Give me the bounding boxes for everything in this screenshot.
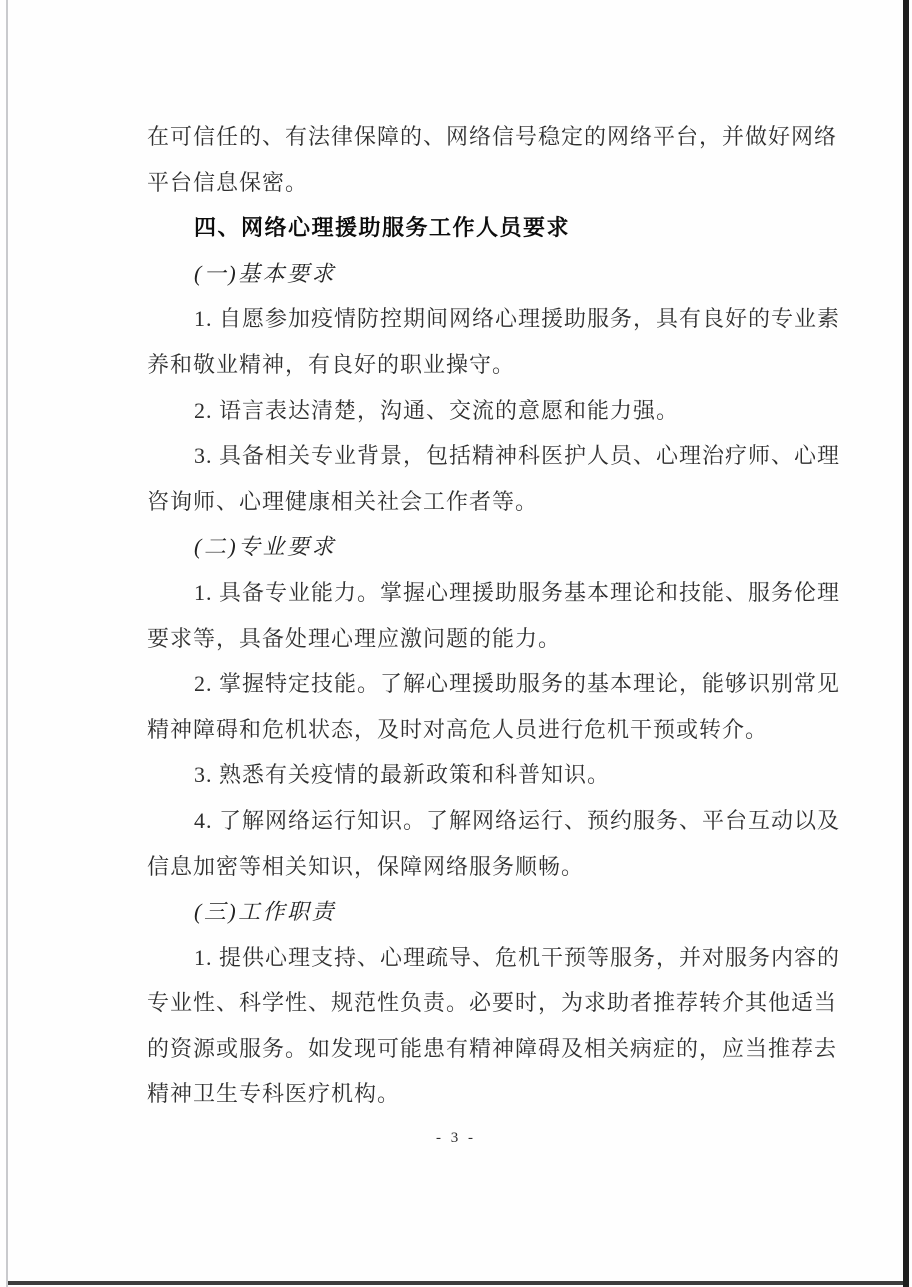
paragraph-line: 精神卫生专科医疗机构。 — [147, 1071, 772, 1117]
page-number: - 3 - — [0, 1130, 912, 1147]
section-heading: 四、网络心理援助服务工作人员要求 — [147, 205, 772, 251]
paragraph-line: 2. 掌握特定技能。了解心理援助服务的基本理论，能够识别常见 — [147, 661, 772, 707]
paragraph-line: 信息加密等相关知识，保障网络服务顺畅。 — [147, 844, 772, 890]
scanned-document-page: 在可信任的、有法律保障的、网络信号稳定的网络平台，并做好网络 平台信息保密。 四… — [0, 0, 912, 1287]
paragraph-line: 在可信任的、有法律保障的、网络信号稳定的网络平台，并做好网络 — [147, 114, 772, 160]
scan-bottom-edge — [8, 1281, 903, 1285]
paragraph-line: 3. 具备相关专业背景，包括精神科医护人员、心理治疗师、心理 — [147, 433, 772, 479]
paragraph-line: 专业性、科学性、规范性负责。必要时，为求助者推荐转介其他适当 — [147, 980, 772, 1026]
paragraph-line: 1. 提供心理支持、心理疏导、危机干预等服务，并对服务内容的 — [147, 935, 772, 981]
paragraph-line: 平台信息保密。 — [147, 160, 772, 206]
paragraph-line: 4. 了解网络运行知识。了解网络运行、预约服务、平台互动以及 — [147, 798, 772, 844]
document-body: 在可信任的、有法律保障的、网络信号稳定的网络平台，并做好网络 平台信息保密。 四… — [147, 114, 772, 1117]
paragraph-line: 咨询师、心理健康相关社会工作者等。 — [147, 479, 772, 525]
paragraph-line: 1. 具备专业能力。掌握心理援助服务基本理论和技能、服务伦理 — [147, 570, 772, 616]
scan-right-edge — [903, 0, 909, 1287]
scan-left-edge — [6, 0, 8, 1287]
paragraph-line: 3. 熟悉有关疫情的最新政策和科普知识。 — [147, 752, 772, 798]
paragraph-line: 2. 语言表达清楚，沟通、交流的意愿和能力强。 — [147, 388, 772, 434]
paragraph-line: 精神障碍和危机状态，及时对高危人员进行危机干预或转介。 — [147, 707, 772, 753]
subsection-heading: (三)工作职责 — [147, 889, 772, 935]
paragraph-line: 1. 自愿参加疫情防控期间网络心理援助服务，具有良好的专业素 — [147, 296, 772, 342]
paragraph-line: 要求等，具备处理心理应激问题的能力。 — [147, 616, 772, 662]
paragraph-line: 的资源或服务。如发现可能患有精神障碍及相关病症的，应当推荐去 — [147, 1026, 772, 1072]
subsection-heading: (一)基本要求 — [147, 251, 772, 297]
subsection-heading: (二)专业要求 — [147, 524, 772, 570]
paragraph-line: 养和敬业精神，有良好的职业操守。 — [147, 342, 772, 388]
